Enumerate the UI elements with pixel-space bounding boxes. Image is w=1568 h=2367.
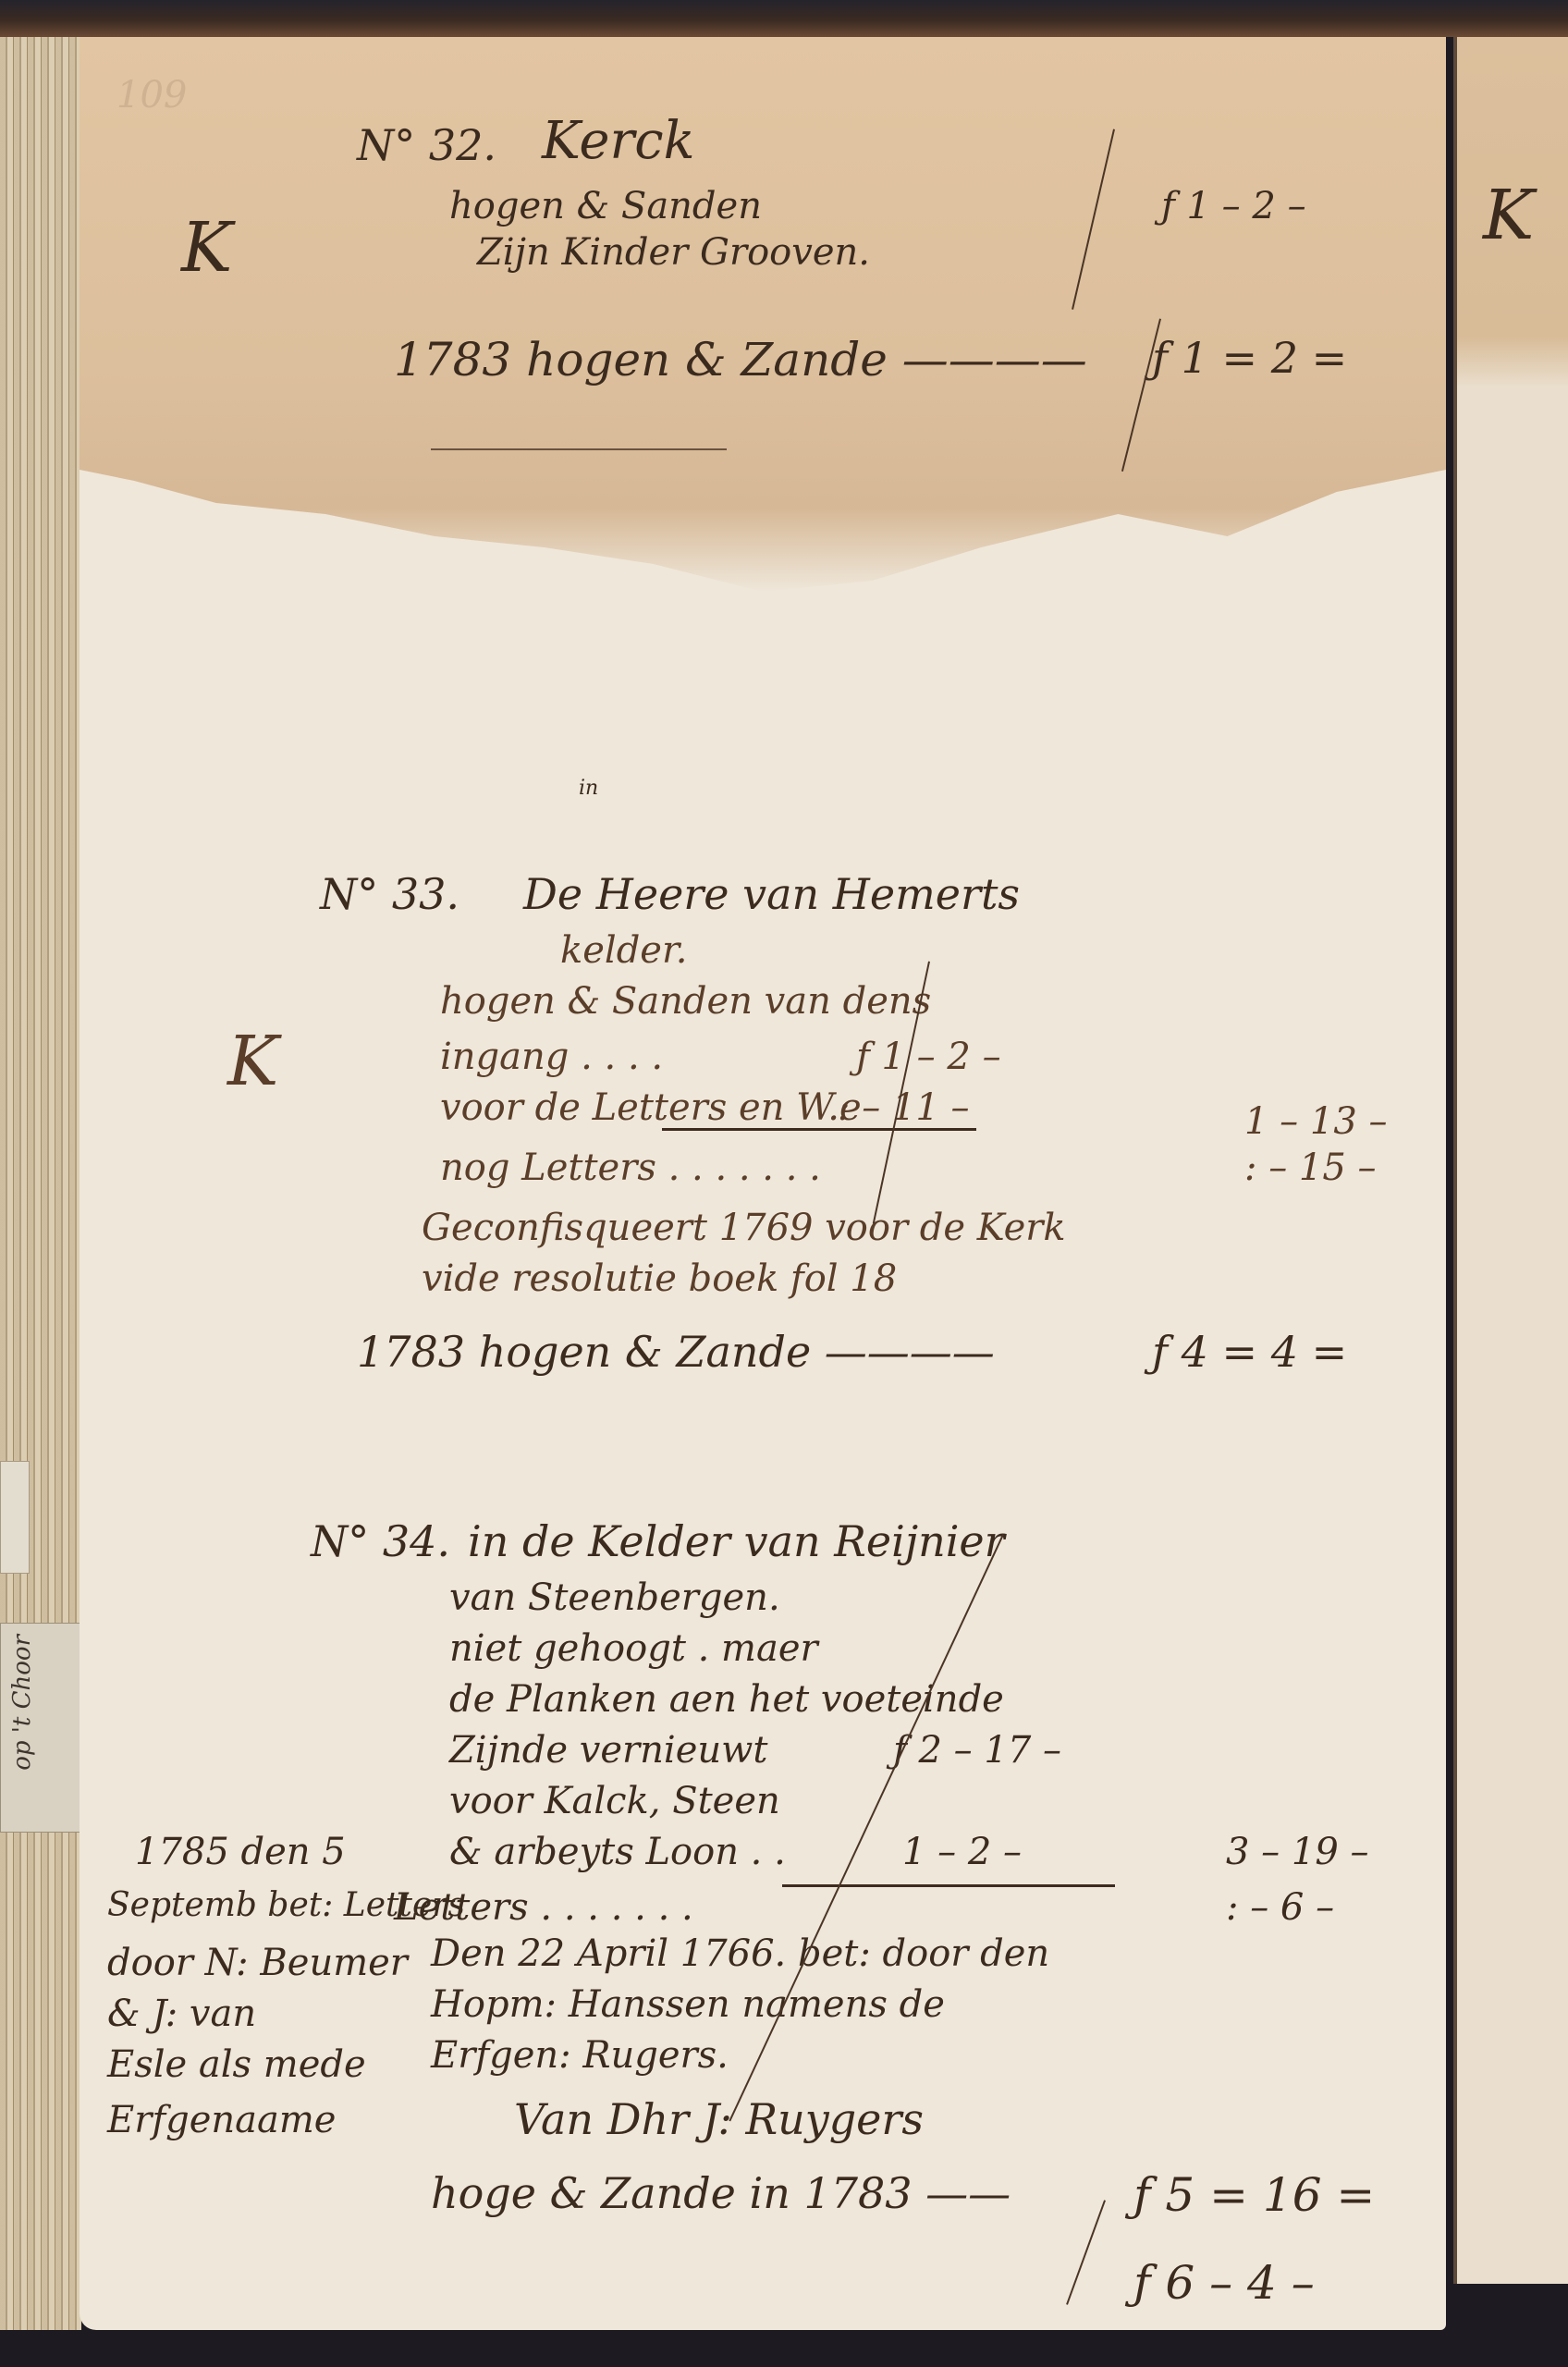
entry-total: 1 – 13 – <box>1244 1100 1388 1143</box>
entry-title: in de Kelder van Reijnier <box>468 1516 1005 1566</box>
ledger-scan: op 't Choor K 109 K N° 32. Kerck hogen &… <box>0 0 1568 2367</box>
payment-note: Den 22 April 1766. bet: door den <box>431 1932 1049 1975</box>
book-top-edge <box>0 0 1568 37</box>
divider <box>431 448 727 450</box>
margin-note: 1785 den 5 <box>135 1831 346 1873</box>
entry-number: N° 34. <box>311 1516 450 1566</box>
entry-amount: : – 11 – <box>838 1086 970 1129</box>
margin-mark-k: K <box>227 1022 278 1101</box>
entry-amount: 1 – 2 – <box>902 1831 1022 1873</box>
page-number: 109 <box>116 74 187 117</box>
margin-mark-k: K <box>181 208 232 288</box>
update-amount: ƒ 1 = 2 = <box>1152 333 1347 383</box>
margin-note: door N: Beumer <box>107 1942 408 1984</box>
entry-total: 3 – 19 – <box>1226 1831 1369 1873</box>
update-amount: ƒ 5 = 16 = <box>1133 2168 1375 2222</box>
entry-title: De Heere van Hemerts <box>523 869 1020 919</box>
update-amount: ƒ 4 = 4 = <box>1152 1327 1347 1377</box>
entry-total: : – 15 – <box>1244 1147 1377 1189</box>
spine-label-text: op 't Choor <box>8 1635 36 1771</box>
payment-note: Erfgen: Rugers. <box>431 2034 729 2077</box>
ledger-page: 109 K N° 32. Kerck hogen & Sanden ƒ 1 – … <box>80 37 1446 2330</box>
entry-number: N° 33. <box>320 869 459 919</box>
margin-note: Septemb bet: Letters <box>107 1886 465 1924</box>
entry-line: van Steenbergen. <box>449 1576 780 1619</box>
superscript: in <box>579 777 598 800</box>
owner-line: Van Dhr J: Ruygers <box>514 2094 924 2144</box>
spine-label: op 't Choor <box>0 1623 81 1833</box>
entry-line: voor Kalck, Steen <box>449 1780 780 1822</box>
entry-number: N° 32. <box>357 120 496 170</box>
final-total: ƒ 6 – 4 – <box>1133 2256 1315 2310</box>
facing-page-margin-mark: K <box>1483 176 1534 255</box>
entry-line: hogen & Sanden van dens <box>440 980 931 1023</box>
page-stack-edge <box>0 37 81 2330</box>
entry-line: de Planken aen het voeteinde <box>449 1678 1004 1721</box>
entry-line: hogen & Sanden <box>449 185 762 227</box>
entry-line: kelder. <box>560 929 687 972</box>
entry-line: Zijn Kinder Grooven. <box>477 231 870 274</box>
entry-line: Zijnde vernieuwt <box>449 1729 767 1772</box>
update-line: 1783 hogen & Zande ———— <box>357 1327 995 1377</box>
update-line: hoge & Zande in 1783 —— <box>431 2168 1011 2218</box>
entry-amount: ƒ 1 – 2 – <box>856 1036 1001 1078</box>
facing-page: K <box>1453 37 1568 2284</box>
margin-note: Erfgenaame <box>107 2099 336 2141</box>
entry-line: nog Letters . . . . . . . <box>440 1147 821 1189</box>
margin-note: & J: van <box>107 1993 256 2035</box>
entry-amount: ƒ 1 – 2 – <box>1161 185 1306 227</box>
entry-line: vide resolutie boek fol 18 <box>422 1257 897 1300</box>
entry-total: : – 6 – <box>1226 1886 1334 1929</box>
entry-line: & arbeyts Loon . . <box>449 1831 786 1873</box>
entry-line: niet gehoogt . maer <box>449 1627 818 1670</box>
entry-amount: ƒ 2 – 17 – <box>893 1729 1061 1772</box>
subtotal-rule <box>782 1884 1115 1887</box>
entry-line: ingang . . . . <box>440 1036 663 1078</box>
entry-line: Geconfisqueert 1769 voor de Kerk <box>422 1207 1066 1249</box>
payment-note: Hopm: Hanssen namens de <box>431 1983 945 2026</box>
entry-line: voor de Letters en W.e <box>440 1086 862 1129</box>
paper-tab <box>0 1461 30 1574</box>
subtotal-rule <box>662 1128 976 1131</box>
cancel-stroke <box>1066 2200 1106 2304</box>
entry-title: Kerck <box>542 111 695 171</box>
water-stain <box>80 37 1446 592</box>
margin-note: Esle als mede <box>107 2043 366 2086</box>
update-line: 1783 hogen & Zande ———— <box>394 333 1087 386</box>
cancel-stroke <box>729 1534 1004 2121</box>
